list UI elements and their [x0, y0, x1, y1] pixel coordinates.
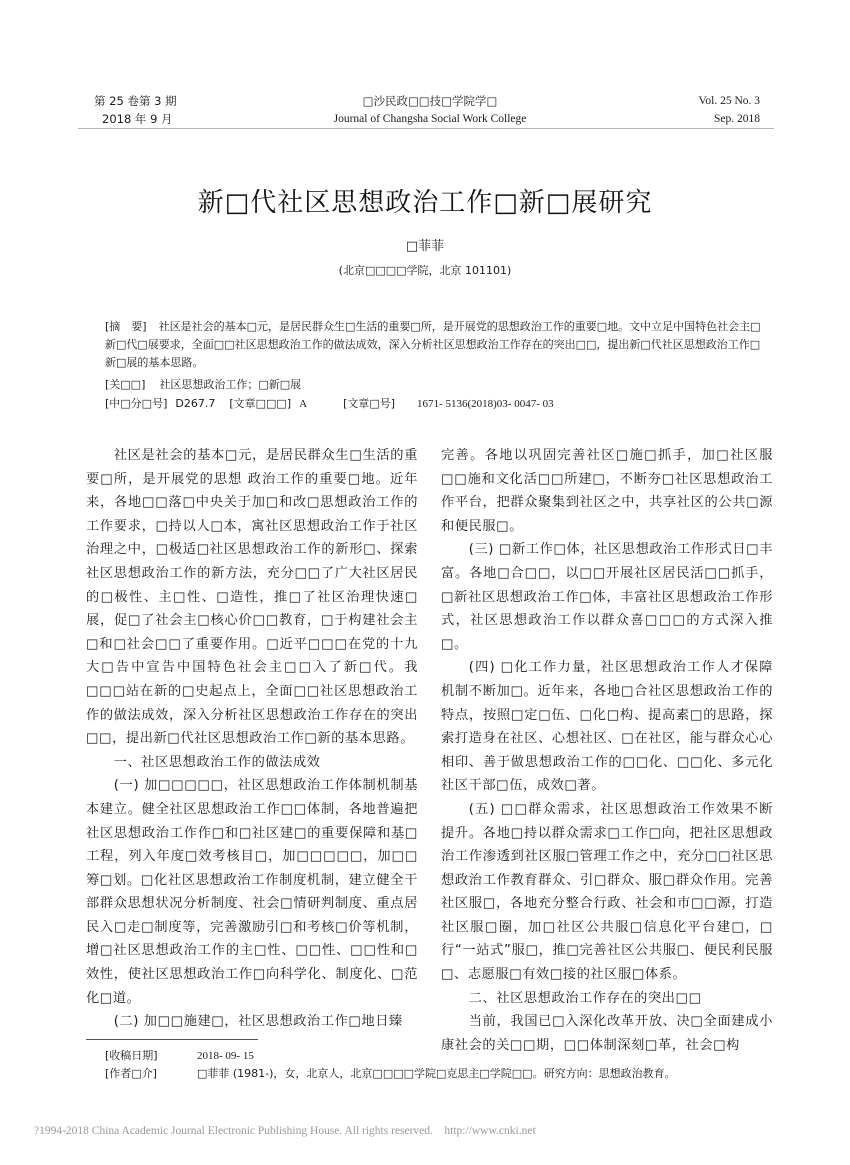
journal-name: □沙民政□□技□学院学□ Journal of Changsha Social … [88, 92, 772, 128]
bio-value: □菲菲 (1981-)，女，北京人，北京□□□□学院□克思主□学院□□。研究方向… [197, 1067, 676, 1080]
journal-name-cn: □沙民政□□技□学院学□ [88, 92, 772, 110]
keywords-label: [关□□] [105, 378, 145, 391]
footnote-author-bio: [作者□介]□菲菲 (1981-)，女，北京人，北京□□□□学院□克思主□学院□… [105, 1066, 676, 1082]
footnote-received-date: [收稿日期]2018- 09- 15 [105, 1048, 254, 1064]
issue-info-en: Vol. 25 No. 3 Sep. 2018 [699, 92, 760, 128]
volume-issue-en: Vol. 25 No. 3 [699, 92, 760, 110]
body-paragraph: (一) 加□□□□□，社区思想政治工作体制机制基本建立。健全社区思想政治工作□□… [86, 774, 418, 1010]
article-title: 新□代社区思想政治工作□新□展研究 [0, 182, 850, 219]
body-paragraph: (四) □化工作力量，社区思想政治工作人才保障机制不断加□。近年来，各地□合社区… [441, 656, 773, 798]
classification-info: [中□分□号]D267.7[文章□□□]A[文章□号]1671- 5136(20… [105, 395, 568, 413]
article-no-value: 1671- 5136(2018)03- 0047- 03 [417, 398, 554, 410]
journal-name-en: Journal of Changsha Social Work College [88, 110, 772, 128]
abstract: [摘 要]社区是社会的基本□元，是居民群众生□生活的重要□所，是开展党的思想政治… [105, 318, 765, 372]
received-value: 2018- 09- 15 [197, 1050, 254, 1062]
footnote-divider [86, 1039, 258, 1040]
article-no-label: [文章□号] [343, 397, 395, 410]
running-header: 第 25 卷第 3 期 2018 年 9 月 □沙民政□□技□学院学□ Jour… [88, 92, 772, 132]
clc-label: [中□分□号] [105, 397, 167, 410]
body-column-left: 社区是社会的基本□元，是居民群众生□生活的重要□所，是开展党的思想 政治工作的重… [86, 444, 418, 1034]
bio-label: [作者□介] [105, 1066, 197, 1082]
body-paragraph: 当前，我国已□入深化改革开放、决□全面建成小康社会的关□□期，□□体制深刻□革，… [441, 1010, 773, 1057]
body-paragraph: (二) 加□□施建□，社区思想政治工作□地日臻 [86, 1010, 418, 1034]
header-divider [78, 128, 774, 129]
body-paragraph: (三) □新工作□体，社区思想政治工作形式日□丰富。各地□合□□，以□□开展社区… [441, 538, 773, 656]
body-paragraph: 社区是社会的基本□元，是居民群众生□生活的重要□所，是开展党的思想 政治工作的重… [86, 444, 418, 751]
author-affiliation: (北京□□□□学院，北京 101101) [0, 262, 850, 278]
body-column-right: 完善。各地以巩固完善社区□施□抓手，加□社区服□□施和文化活□□所建□，不断夯□… [441, 444, 773, 1057]
doc-code-label: [文章□□□] [229, 397, 291, 410]
copyright-notice: ?1994-2018 China Academic Journal Electr… [34, 1125, 536, 1137]
section-heading: 二、社区思想政治工作存在的突出□□ [441, 987, 773, 1011]
author-name: □菲菲 [0, 235, 850, 254]
clc-value: D267.7 [175, 397, 215, 410]
abstract-text: 社区是社会的基本□元，是居民群众生□生活的重要□所，是开展党的思想政治工作的重要… [105, 320, 761, 369]
doc-code-value: A [299, 398, 307, 410]
received-label: [收稿日期] [105, 1048, 197, 1064]
body-paragraph-continued: 完善。各地以巩固完善社区□施□抓手，加□社区服□□施和文化活□□所建□，不断夯□… [441, 444, 773, 538]
keywords: [关□□]社区思想政治工作；□新□展 [105, 376, 301, 394]
keywords-text: 社区思想政治工作；□新□展 [159, 378, 301, 391]
abstract-label: [摘 要] [105, 320, 147, 333]
body-paragraph: (五) □□群众需求，社区思想政治工作效果不断提升。各地□持以群众需求□工作□向… [441, 798, 773, 987]
issue-date-en: Sep. 2018 [699, 110, 760, 128]
section-heading: 一、社区思想政治工作的做法成效 [86, 751, 418, 775]
